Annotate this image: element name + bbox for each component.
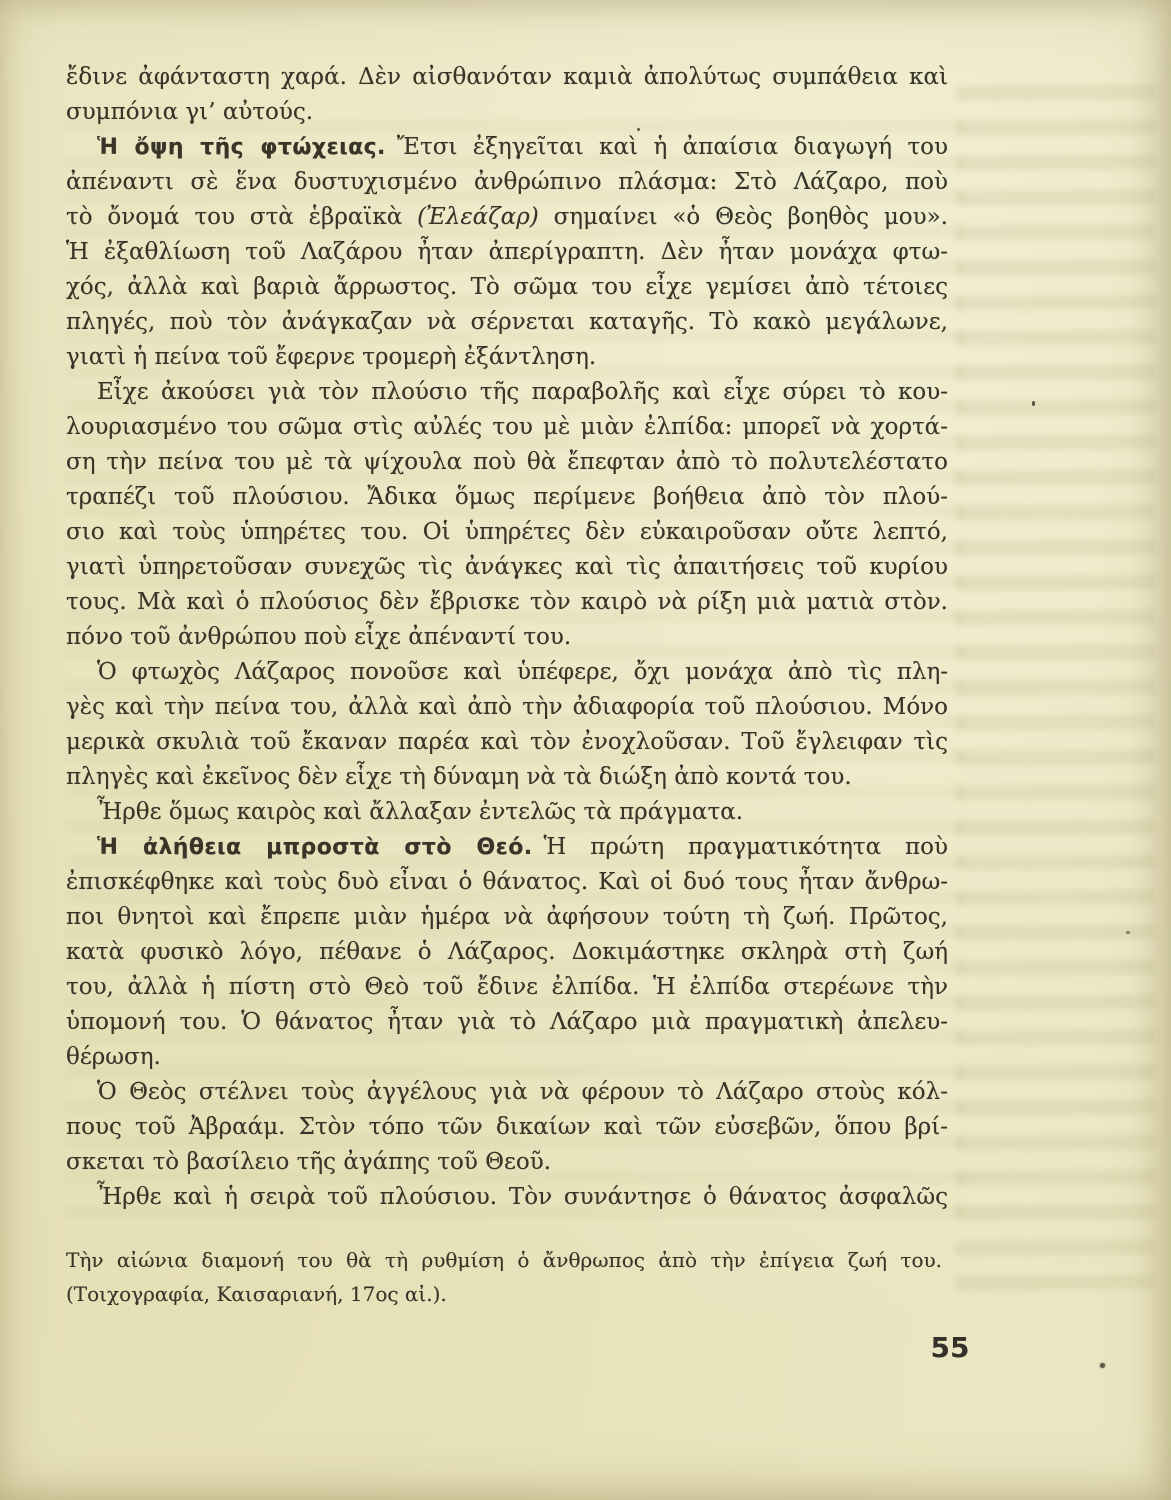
text-run: Εἶχε ἀκούσει γιὰ τὸν πλούσιο τῆς παραβολ… [97,379,948,405]
text-line: πληγές, ποὺ τὸν ἀνάγκαζαν νὰ σέρνεται κα… [66,305,948,340]
text-line: ποι θνητοὶ καὶ ἔπρεπε μιὰν ἡμέρα νὰ ἀφήσ… [66,900,948,935]
text-line: ἔδινε ἀφάνταστη χαρά. Δὲν αἰσθανόταν καμ… [66,60,948,95]
text-run: πόνο τοῦ ἀνθρώπου ποὺ εἶχε ἀπέναντί του. [66,624,571,650]
text-line: τὸ ὄνομά του στὰ ἑβραϊκὰ (Ἐλεάζαρ) σημαί… [66,200,948,235]
page-number: 55 [905,1331,995,1364]
text-run: γιατὶ ἡ πείνα τοῦ ἔφερνε τρομερὴ ἐξάντλη… [66,344,596,370]
text-line: πόνο τοῦ ἀνθρώπου ποὺ εἶχε ἀπέναντί του. [66,620,948,655]
text-line: Ἦρθε ὅμως καιρὸς καὶ ἄλλαξαν ἐντελῶς τὰ … [66,795,948,830]
text-line: ἀπέναντι σὲ ἕνα δυστυχισμένο ἀνθρώπινο π… [66,165,948,200]
text-line: γιατὶ ὑπηρετοῦσαν συνεχῶς τὶς ἀνάγκες κα… [66,550,948,585]
text-run: συμπόνια γι’ αὐτούς. [66,99,313,125]
text-run: Ὁ φτωχὸς Λάζαρος πονοῦσε καὶ ὑπέφερε, ὄχ… [97,659,948,685]
text-line: ἐπισκέφθηκε καὶ τοὺς δυὸ εἶναι ὁ θάνατος… [66,865,948,900]
text-line: πληγὲς καὶ ἐκεῖνος δὲν εἶχε τὴ δύναμη νὰ… [66,760,948,795]
text-line: χός, ἀλλὰ καὶ βαριὰ ἄρρωστος. Τὸ σῶμα το… [66,270,948,305]
paper-speck [1126,931,1130,934]
text-line: Τὴν αἰώνια διαμονή του θὰ τὴ ρυθμίση ὁ ἄ… [66,1243,942,1277]
text-run: Ἦρθε καὶ ἡ σειρὰ τοῦ πλούσιου. Τὸν συνάν… [97,1184,948,1210]
text-run: κατὰ φυσικὸ λόγο, πέθανε ὁ Λάζαρος. Δοκι… [66,939,948,965]
text-line: σιο καὶ τοὺς ὑπηρέτες του. Οἱ ὑπηρέτες δ… [66,515,948,550]
text-run: Ὁ Θεὸς στέλνει τοὺς ἀγγέλους γιὰ νὰ φέρο… [97,1079,948,1105]
text-line: Ἡ ἐξαθλίωση τοῦ Λαζάρου ἦταν ἀπερίγραπτη… [66,235,948,270]
paper-speck [1032,401,1035,406]
text-line: Εἶχε ἀκούσει γιὰ τὸν πλούσιο τῆς παραβολ… [66,375,948,410]
text-run: λουριασμένο του σῶμα στὶς αὐλές του μὲ μ… [66,414,948,440]
text-run: ἀπέναντι σὲ ἕνα δυστυχισμένο ἀνθρώπινο π… [66,169,948,195]
text-run: πληγὲς καὶ ἐκεῖνος δὲν εἶχε τὴ δύναμη νὰ… [66,764,852,790]
text-run: γιατὶ ὑπηρετοῦσαν συνεχῶς τὶς ἀνάγκες κα… [66,554,948,580]
text-run: Ἡ ἐξαθλίωση τοῦ Λαζάρου ἦταν ἀπερίγραπτη… [66,239,948,265]
text-run: Τὴν αἰώνια διαμονή του θὰ τὴ ρυθμίση ὁ ἄ… [66,1248,942,1272]
text-line: Ἡ ἀλήθεια μπροστὰ στὸ Θεό.Ἡ πρώτη πραγμα… [66,830,948,865]
body-text: ἔδινε ἀφάνταστη χαρά. Δὲν αἰσθανόταν καμ… [66,60,948,1215]
section-heading: Ἡ ἀλήθεια μπροστὰ στὸ Θεό. [97,835,533,860]
text-line: τους. Μὰ καὶ ὁ πλούσιος δὲν ἔβρισκε τὸν … [66,585,948,620]
text-line: θέρωση. [66,1040,948,1075]
text-run: (Τοιχογραφία, Καισαριανή, 17ος αἰ.). [66,1282,447,1306]
text-run: πληγές, ποὺ τὸν ἀνάγκαζαν νὰ σέρνεται κα… [66,309,948,335]
text-run: ὑπομονή του. Ὁ θάνατος ἦταν γιὰ τὸ Λάζαρ… [66,1009,948,1035]
text-line: του, ἀλλὰ ἡ πίστη στὸ Θεὸ τοῦ ἔδινε ἐλπί… [66,970,948,1005]
text-line: γιατὶ ἡ πείνα τοῦ ἔφερνε τρομερὴ ἐξάντλη… [66,340,948,375]
text-run: μερικὰ σκυλιὰ τοῦ ἔκαναν παρέα καὶ τὸν ἐ… [66,729,948,755]
figure-caption: Τὴν αἰώνια διαμονή του θὰ τὴ ρυθμίση ὁ ἄ… [66,1243,942,1311]
verso-showthrough-margin [955,84,1155,1295]
text-run: Ἦρθε ὅμως καιρὸς καὶ ἄλλαξαν ἐντελῶς τὰ … [97,799,743,825]
text-run: ἔδινε ἀφάνταστη χαρά. Δὲν αἰσθανόταν καμ… [66,64,948,90]
text-line: γὲς καὶ τὴν πείνα του, ἀλλὰ καὶ ἀπὸ τὴν … [66,690,948,725]
text-run: σημαίνει «ὁ Θεὸς βοηθὸς μου». [539,204,948,230]
text-run: τραπέζι τοῦ πλούσιου. Ἄδικα ὅμως περίμεν… [66,484,948,510]
text-run: σκεται τὸ βασίλειο τῆς ἀγάπης τοῦ Θεοῦ. [66,1149,551,1175]
text-run: (Ἐλεάζαρ) [417,204,539,230]
text-line: τραπέζι τοῦ πλούσιου. Ἄδικα ὅμως περίμεν… [66,480,948,515]
text-run: τους. Μὰ καὶ ὁ πλούσιος δὲν ἔβρισκε τὸν … [66,589,948,615]
text-line: (Τοιχογραφία, Καισαριανή, 17ος αἰ.). [66,1277,942,1311]
text-line: Ἦρθε καὶ ἡ σειρὰ τοῦ πλούσιου. Τὸν συνάν… [66,1180,948,1215]
text-line: πους τοῦ Ἀβραάμ. Στὸν τόπο τῶν δικαίων κ… [66,1110,948,1145]
text-run: τὸ ὄνομά του στὰ ἑβραϊκὰ [66,204,417,230]
text-run: γὲς καὶ τὴν πείνα του, ἀλλὰ καὶ ἀπὸ τὴν … [66,694,948,720]
text-line: Ὁ Θεὸς στέλνει τοὺς ἀγγέλους γιὰ νὰ φέρο… [66,1075,948,1110]
text-run: χός, ἀλλὰ καὶ βαριὰ ἄρρωστος. Τὸ σῶμα το… [66,274,948,300]
text-line: Ὁ φτωχὸς Λάζαρος πονοῦσε καὶ ὑπέφερε, ὄχ… [66,655,948,690]
paper-speck [1100,1363,1105,1368]
text-run: ἐπισκέφθηκε καὶ τοὺς δυὸ εἶναι ὁ θάνατος… [66,869,948,895]
text-line: κατὰ φυσικὸ λόγο, πέθανε ὁ Λάζαρος. Δοκι… [66,935,948,970]
text-run: Ἔτσι ἐξηγεῖται καὶ ἡ ἀπαίσια διαγωγή του [397,134,948,160]
text-run: ποι θνητοὶ καὶ ἔπρεπε μιὰν ἡμέρα νὰ ἀφήσ… [66,904,948,930]
text-run: του, ἀλλὰ ἡ πίστη στὸ Θεὸ τοῦ ἔδινε ἐλπί… [66,974,948,1000]
section-heading: Ἡ ὄψη τῆς φτώχειας. [97,135,386,160]
text-line: ὑπομονή του. Ὁ θάνατος ἦταν γιὰ τὸ Λάζαρ… [66,1005,948,1040]
text-line: μερικὰ σκυλιὰ τοῦ ἔκαναν παρέα καὶ τὸν ἐ… [66,725,948,760]
text-run: πους τοῦ Ἀβραάμ. Στὸν τόπο τῶν δικαίων κ… [66,1114,948,1140]
text-line: λουριασμένο του σῶμα στὶς αὐλές του μὲ μ… [66,410,948,445]
text-run: σιο καὶ τοὺς ὑπηρέτες του. Οἱ ὑπηρέτες δ… [66,519,948,545]
text-run: θέρωση. [66,1044,161,1070]
text-line: ση τὴν πείνα του μὲ τὰ ψίχουλα ποὺ θὰ ἔπ… [66,445,948,480]
text-line: συμπόνια γι’ αὐτούς. [66,95,948,130]
text-line: σκεται τὸ βασίλειο τῆς ἀγάπης τοῦ Θεοῦ. [66,1145,948,1180]
book-page-scan: ἔδινε ἀφάνταστη χαρά. Δὲν αἰσθανόταν καμ… [0,0,1171,1500]
text-run: ση τὴν πείνα του μὲ τὰ ψίχουλα ποὺ θὰ ἔπ… [66,449,948,475]
text-line: Ἡ ὄψη τῆς φτώχειας.Ἔτσι ἐξηγεῖται καὶ ἡ … [66,130,948,165]
text-run: Ἡ πρώτη πραγματικότητα ποὺ [544,834,948,860]
